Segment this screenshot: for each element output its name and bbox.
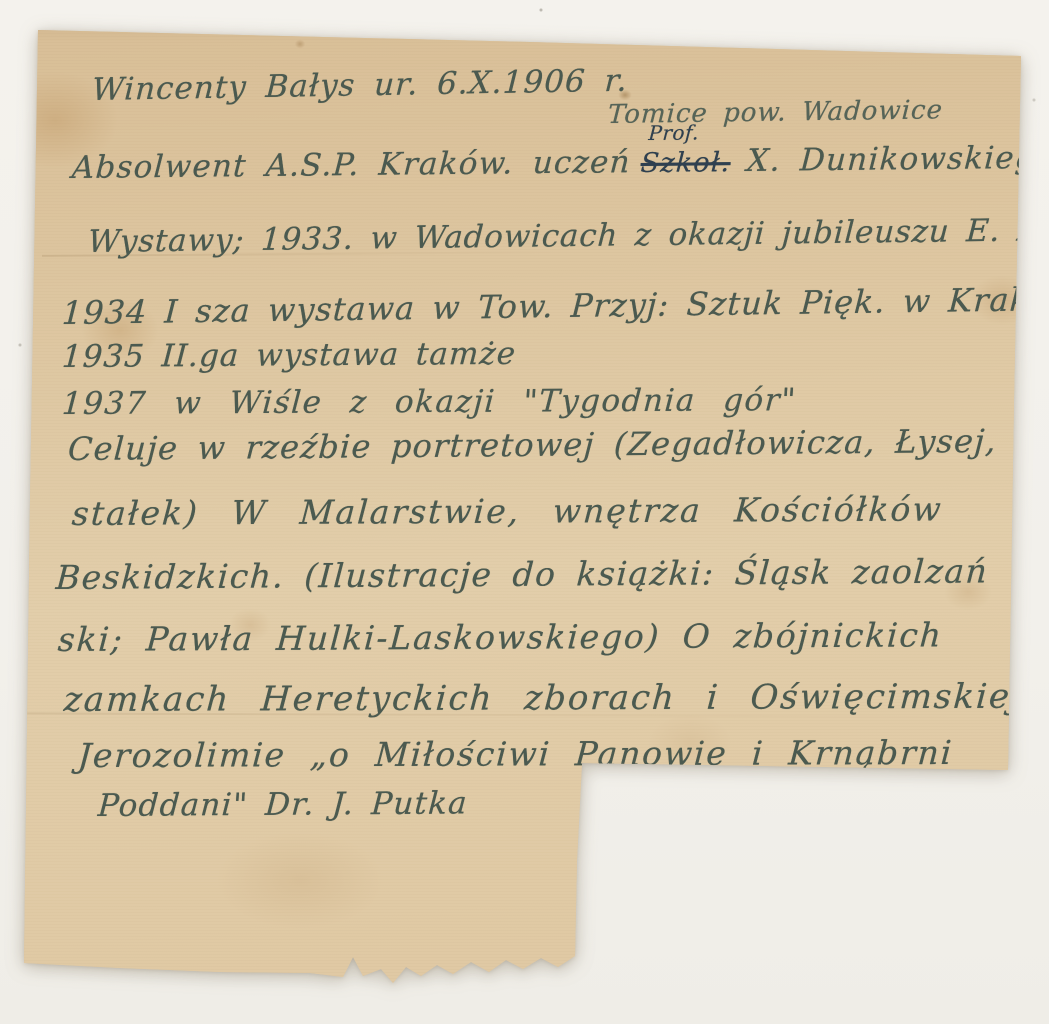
paper-shadow-wrap: Wincenty Bałys ur. 6.X.1906 r. Tomice po… (0, 0, 1049, 1024)
correction-block: Prof.Szkoł. (640, 143, 732, 180)
scanned-document-background: Wincenty Bałys ur. 6.X.1906 r. Tomice po… (0, 0, 1049, 1024)
handwritten-line: 1934 I sza wystawa w Tow. Przyj: Sztuk P… (61, 279, 1049, 332)
handwritten-line: Jerozolimie „o Miłościwi Panowie i Krnąb… (77, 733, 955, 775)
handwritten-line: Wystawy; 1933. w Wadowicach z okazji jub… (87, 211, 1049, 260)
handwritten-line: Poddani" Dr. J. Putka (97, 785, 469, 824)
handwritten-line: Celuje w rzeźbie portretowej (Zegadłowic… (67, 422, 998, 468)
handwritten-line: zamkach Heretyckich zborach i Oświęcimsk… (63, 677, 1025, 720)
handwritten-line: 1935 II.ga wystawa tamże (61, 336, 517, 375)
line-text-pre: Absolwent A.S.P. Kraków. uczeń (71, 144, 632, 186)
handwritten-line: Beskidzkich. (Ilustracje do książki: Ślą… (55, 551, 990, 597)
handwritten-line-education: Absolwent A.S.P. Kraków. uczeńProf.Szkoł… (71, 140, 1049, 186)
line-text-post: X. Dunikowskiego (746, 140, 1049, 179)
inserted-word: Prof. (648, 120, 700, 145)
handwritten-line: 1937 w Wiśle z okazji "Tygodnia gór" (61, 382, 798, 422)
struck-word: Szkoł. (640, 147, 732, 179)
handwritten-line: stałek) W Malarstwie, wnętrza Kościółków (71, 489, 944, 533)
handwritten-line: ski; Pawła Hulki-Laskowskiego) O zbójnic… (57, 615, 944, 659)
handwritten-line-name-birth: Wincenty Bałys ur. 6.X.1906 r. (91, 63, 629, 108)
paper-sheet: Wincenty Bałys ur. 6.X.1906 r. Tomice po… (0, 0, 1049, 1024)
